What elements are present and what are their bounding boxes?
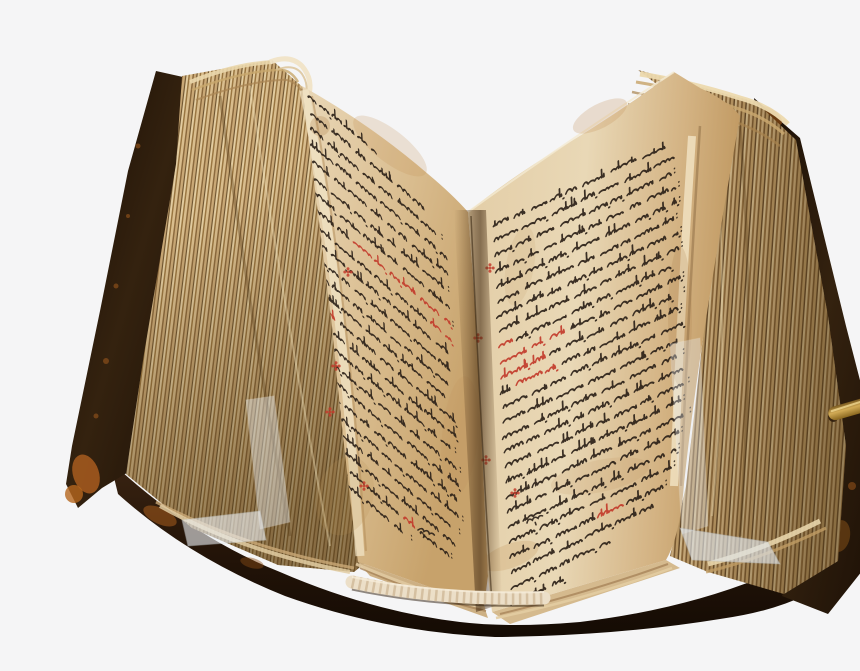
manuscript-scene: [40, 16, 860, 655]
manuscript-photo: Photograph of an ancient open parchment …: [40, 16, 860, 655]
